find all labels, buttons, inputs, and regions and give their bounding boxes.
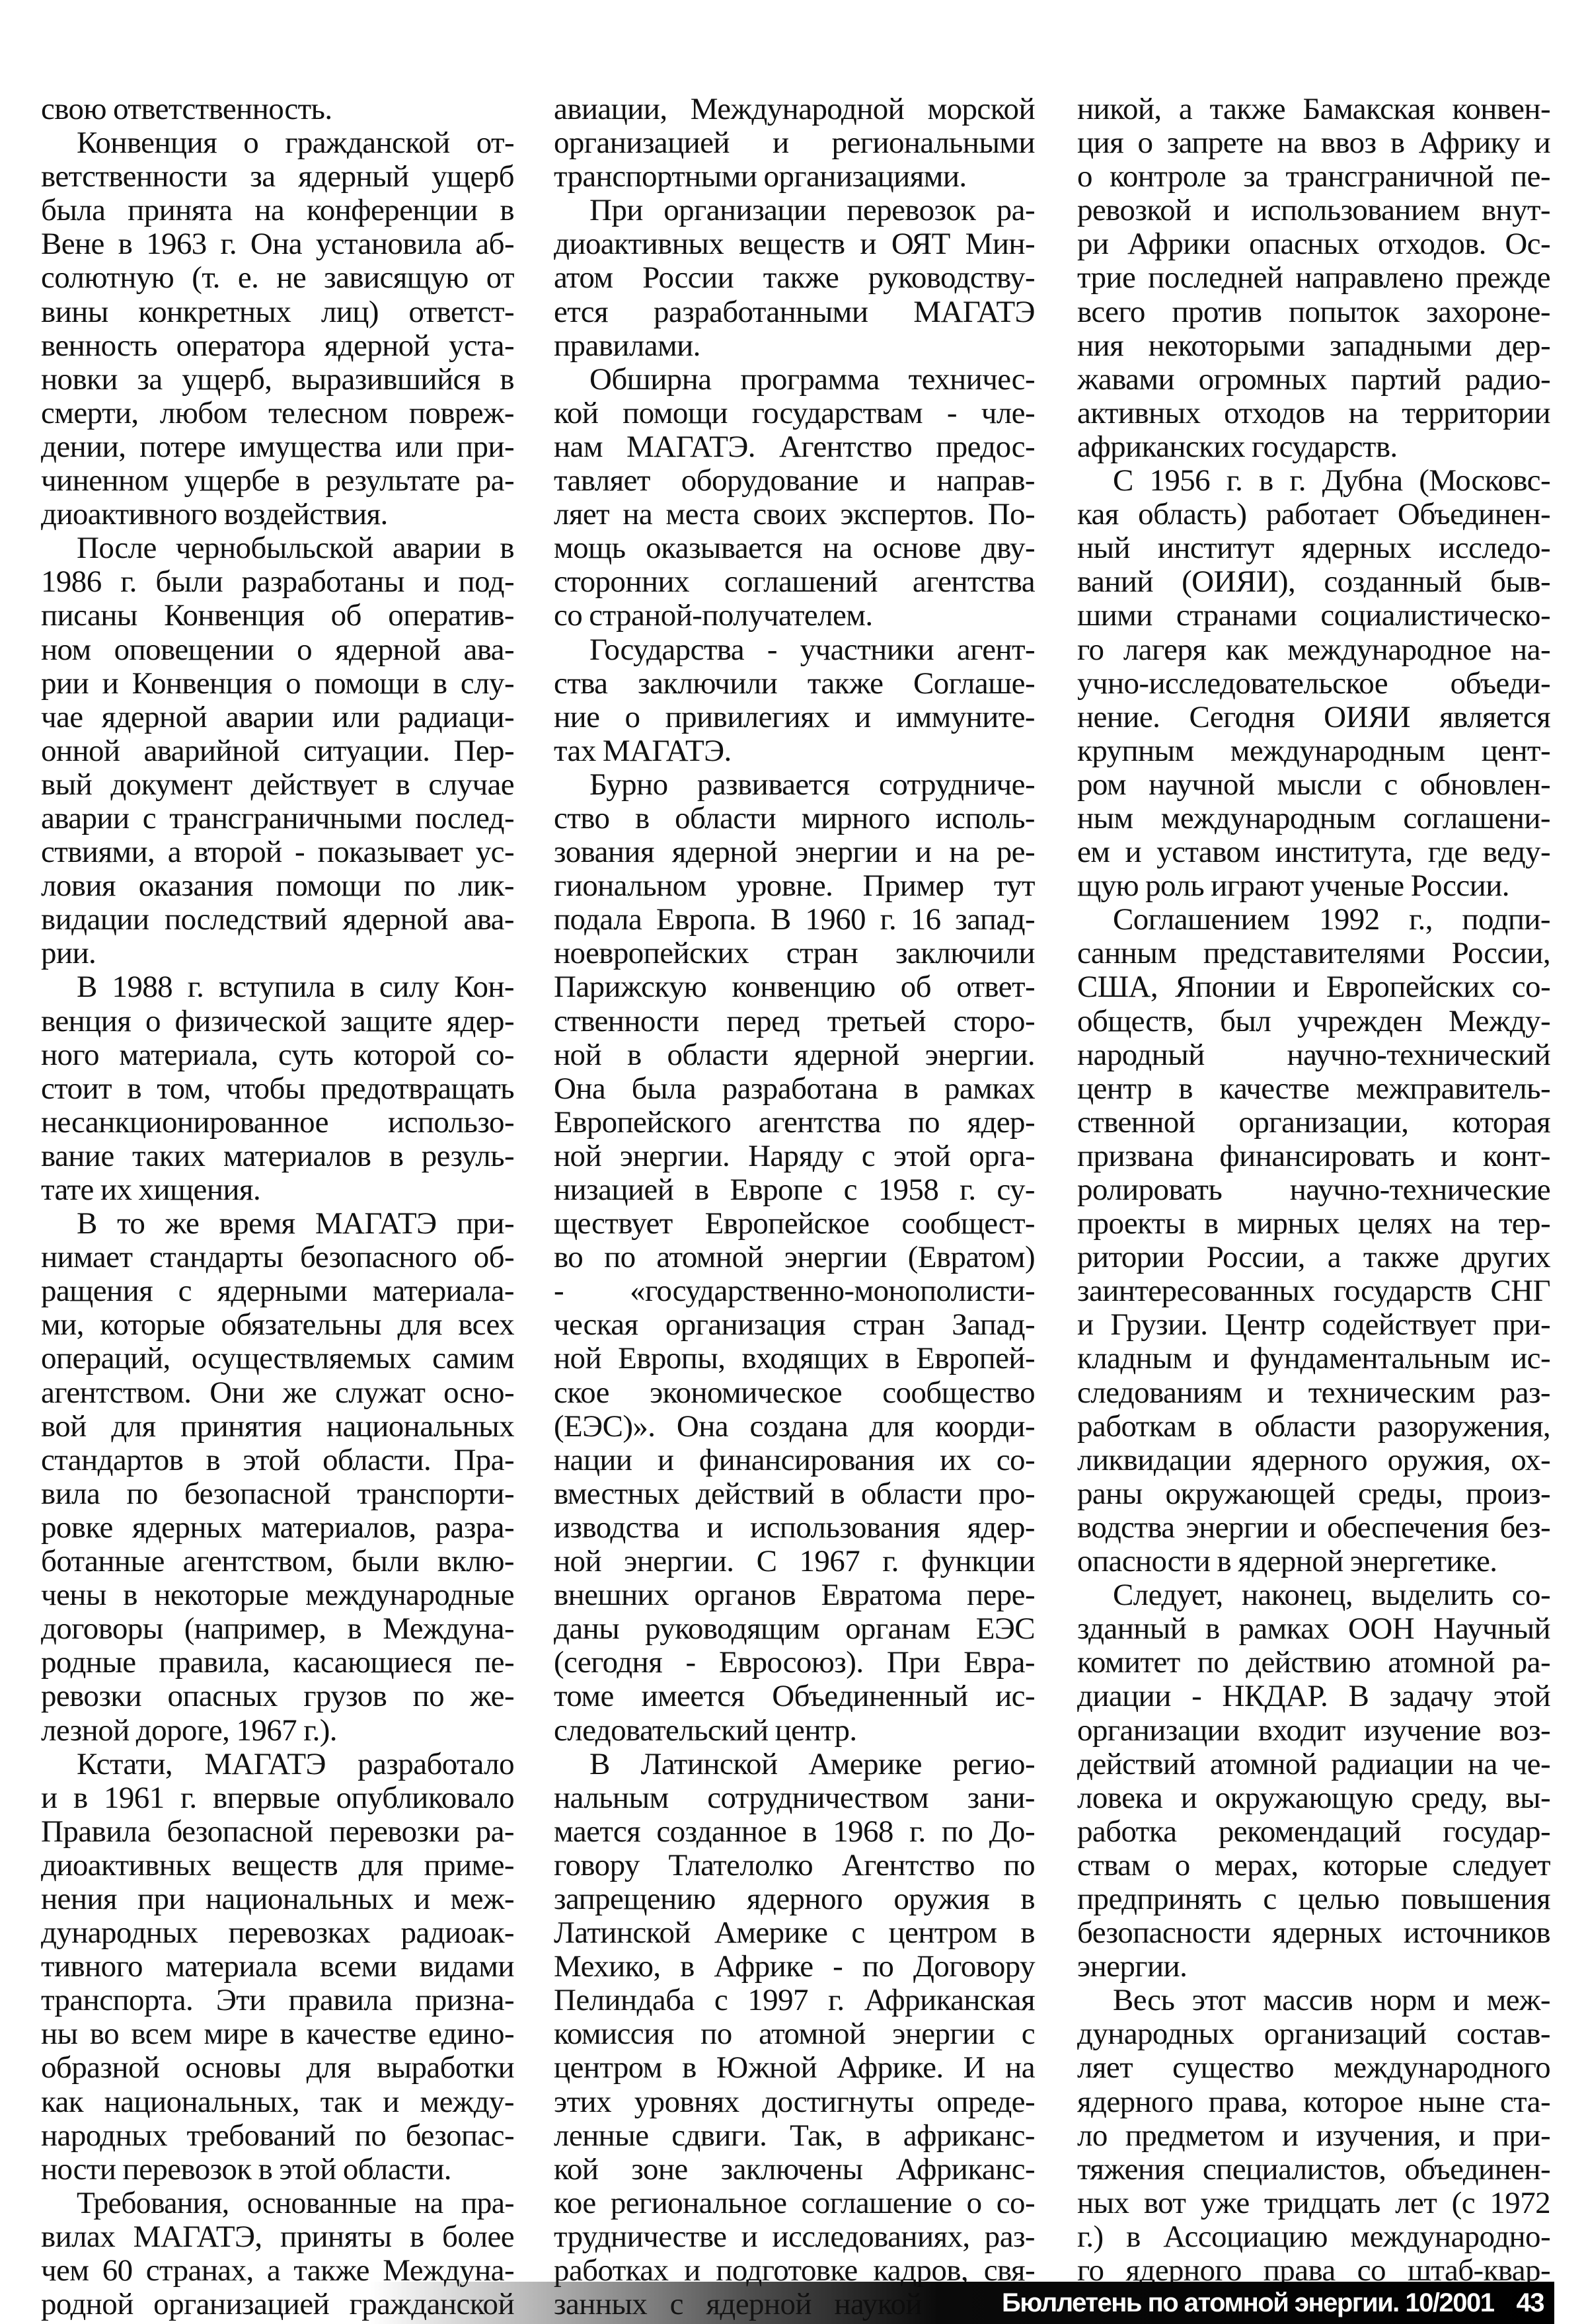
text-line: Правила безопасной перевозки ра- xyxy=(41,1815,514,1849)
text-line: всего против попыток захороне- xyxy=(1077,295,1550,329)
text-line: Парижскую конвенцию об ответ- xyxy=(554,970,1035,1004)
text-line: С 1956 г. в г. Дубна (Московс- xyxy=(1077,464,1550,498)
text-line: ной энергии. С 1967 г. функции xyxy=(554,1545,1035,1578)
text-line: правилами. xyxy=(554,329,1035,363)
text-line: дении, потере имущества или при- xyxy=(41,430,514,464)
text-line: тяжения специалистов, объединен- xyxy=(1077,2153,1550,2187)
text-line: жавами огромных партий радио- xyxy=(1077,363,1550,397)
text-column-3: никой, а также Бамакская конвен-ция о за… xyxy=(1077,93,1550,2321)
text-line: кладным и фундаментальным ис- xyxy=(1077,1342,1550,1375)
text-line: вила по безопасной транспорти- xyxy=(41,1477,514,1511)
text-line: как национальных, так и между- xyxy=(41,2085,514,2119)
text-line: новки за ущерб, выразившийся в xyxy=(41,363,514,397)
text-line: следованиям и техническим раз- xyxy=(1077,1376,1550,1410)
text-line: тивного материала всеми видами xyxy=(41,1950,514,1984)
text-line: ми, которые обязательны для всех xyxy=(41,1308,514,1342)
text-line: нения при национальных и меж- xyxy=(41,1882,514,1916)
text-line: ного материала, суть которой со- xyxy=(41,1038,514,1072)
text-line: комиссия по атомной энергии с xyxy=(554,2017,1035,2051)
text-line: ный институт ядерных исследо- xyxy=(1077,531,1550,565)
text-line: ноевропейских стран заключили xyxy=(554,937,1035,970)
text-line: щую роль играют ученые России. xyxy=(1077,869,1550,903)
text-line: ным международным соглашени- xyxy=(1077,802,1550,835)
text-line: ния некоторыми западными дер- xyxy=(1077,329,1550,363)
text-line: санным представителями России, xyxy=(1077,937,1550,970)
text-line: писаны Конвенция об оператив- xyxy=(41,599,514,633)
text-line: нам МАГАТЭ. Агентство предос- xyxy=(554,430,1035,464)
text-line: была принята на конференции в xyxy=(41,194,514,227)
text-line: диации - НКДАР. В задачу этой xyxy=(1077,1680,1550,1713)
text-line: раны окружающей среды, произ- xyxy=(1077,1477,1550,1511)
text-line: Весь этот массив норм и меж- xyxy=(1077,1984,1550,2017)
text-line: родные правила, касающиеся пе- xyxy=(41,1646,514,1680)
text-line: ликвидации ядерного оружия, ох- xyxy=(1077,1444,1550,1477)
text-column-1: свою ответственность.Конвенция о граждан… xyxy=(41,93,514,2321)
text-line: во по атомной энергии (Евратом) xyxy=(554,1241,1035,1274)
text-line: тах МАГАТЭ. xyxy=(554,734,1035,768)
text-line: работка рекомендаций государ- xyxy=(1077,1815,1550,1849)
text-line: смерти, любом телесном повреж- xyxy=(41,397,514,430)
text-line: ности перевозок в этой области. xyxy=(41,2153,514,2187)
text-line: ядерного права, которое ныне ста- xyxy=(1077,2085,1550,2119)
text-line: операций, осуществляемых самим xyxy=(41,1342,514,1375)
text-line: ское экономическое сообщество xyxy=(554,1376,1035,1410)
text-line: образной основы для выработки xyxy=(41,2051,514,2085)
text-line: нации и финансирования их со- xyxy=(554,1444,1035,1477)
text-line: ственности перед третьей сторо- xyxy=(554,1005,1035,1038)
text-line: вание таких материалов в резуль- xyxy=(41,1140,514,1173)
text-line: ляет на места своих экспертов. По- xyxy=(554,498,1035,531)
text-line: ном оповещении о ядерной ава- xyxy=(41,633,514,667)
text-line: водства энергии и обеспечения без- xyxy=(1077,1511,1550,1545)
text-line: комитет по действию атомной ра- xyxy=(1077,1646,1550,1680)
text-line: вый документ действует в случае xyxy=(41,768,514,802)
text-line: В 1988 г. вступила в силу Кон- xyxy=(41,970,514,1004)
text-line: Пелиндаба с 1997 г. Африканская xyxy=(554,1984,1035,2017)
text-line: ция о запрете на ввоз в Африку и xyxy=(1077,126,1550,160)
text-line: сторонних соглашений агентства xyxy=(554,565,1035,599)
text-line: дународных организаций состав- xyxy=(1077,2017,1550,2051)
text-line: ство в области мирного исполь- xyxy=(554,802,1035,835)
text-line: США, Японии и Европейских со- xyxy=(1077,970,1550,1004)
text-line: Кстати, МАГАТЭ разработало xyxy=(41,1748,514,1781)
text-line: о контроле за трансграничной пе- xyxy=(1077,160,1550,194)
text-line: зования ядерной энергии и на ре- xyxy=(554,835,1035,869)
text-line: диоактивных веществ и ОЯТ Мин- xyxy=(554,227,1035,261)
text-line: г.) в Ассоциацию международно- xyxy=(1077,2220,1550,2254)
text-line: томе имеется Объединенный ис- xyxy=(554,1680,1035,1713)
text-line: чае ядерной аварии или радиаци- xyxy=(41,701,514,734)
text-line: ветственности за ядерный ущерб xyxy=(41,160,514,194)
text-line: нальным сотрудничеством зани- xyxy=(554,1781,1035,1815)
text-line: атом России также руководству- xyxy=(554,261,1035,295)
text-line: ствам о мерах, которые следует xyxy=(1077,1849,1550,1882)
text-line: со страной-получателем. xyxy=(554,599,1035,633)
text-line: ленные сдвиги. Так, в африканс- xyxy=(554,2119,1035,2153)
text-line: лезной дороге, 1967 г.). xyxy=(41,1714,514,1748)
text-line: вместных действий в области про- xyxy=(554,1477,1035,1511)
text-line: заинтересованных государств СНГ xyxy=(1077,1274,1550,1308)
text-line: трудничестве и исследованиях, раз- xyxy=(554,2220,1035,2254)
text-line: нение. Сегодня ОИЯИ является xyxy=(1077,701,1550,734)
text-line: мается созданное в 1968 г. по До- xyxy=(554,1815,1035,1849)
text-line: После чернобыльской аварии в xyxy=(41,531,514,565)
text-line: даны руководящим органам ЕЭС xyxy=(554,1612,1035,1646)
text-line: солютную (т. е. не зависящую от xyxy=(41,261,514,295)
text-line: опасности в ядерной энергетике. xyxy=(1077,1545,1550,1578)
text-line: ства заключили также Соглаше- xyxy=(554,667,1035,701)
text-line: нимает стандарты безопасного об- xyxy=(41,1241,514,1274)
text-line: тате их хищения. xyxy=(41,1173,514,1207)
text-line: шими странами социалистическо- xyxy=(1077,599,1550,633)
text-line: работкам в области разоружения, xyxy=(1077,1410,1550,1444)
text-line: гиональном уровне. Пример тут xyxy=(554,869,1035,903)
text-line: мощь оказывается на основе дву- xyxy=(554,531,1035,565)
text-line: ловека и окружающую среду, вы- xyxy=(1077,1781,1550,1815)
text-line: транспортными организациями. xyxy=(554,160,1035,194)
text-line: ляет существо международного xyxy=(1077,2051,1550,2085)
text-line: Вене в 1963 г. Она установила аб- xyxy=(41,227,514,261)
text-line: го лагеря как международное на- xyxy=(1077,633,1550,667)
text-line: организации входит изучение воз- xyxy=(1077,1714,1550,1748)
text-line: учно-исследовательское объеди- xyxy=(1077,667,1550,701)
text-line: крупным международным цент- xyxy=(1077,734,1550,768)
text-line: рии и Конвенция о помощи в слу- xyxy=(41,667,514,701)
text-line: ритории России, а также других xyxy=(1077,1241,1550,1274)
text-line: ется разработанными МАГАТЭ xyxy=(554,295,1035,329)
text-line: рии. xyxy=(41,937,514,970)
text-line: безопасности ядерных источников xyxy=(1077,1916,1550,1950)
text-line: Конвенция о гражданской от- xyxy=(41,126,514,160)
text-line: ной энергии. Наряду с этой орга- xyxy=(554,1140,1035,1173)
text-line: ри Африки опасных отходов. Ос- xyxy=(1077,227,1550,261)
text-line: ло предметом и изучения, и при- xyxy=(1077,2119,1550,2153)
text-line: изводства и использования ядер- xyxy=(554,1511,1035,1545)
text-line: Обширна программа техничес- xyxy=(554,363,1035,397)
text-line: Соглашением 1992 г., подпи- xyxy=(1077,903,1550,937)
text-line: В то же время МАГАТЭ при- xyxy=(41,1207,514,1241)
text-line: Государства - участники агент- xyxy=(554,633,1035,667)
text-line: обществ, был учрежден Между- xyxy=(1077,1005,1550,1038)
text-line: ной Европы, входящих в Европей- xyxy=(554,1342,1035,1375)
text-line: Она была разработана в рамках xyxy=(554,1072,1035,1106)
text-line: вины конкретных лиц) ответст- xyxy=(41,295,514,329)
text-line: африканских государств. xyxy=(1077,430,1550,464)
text-line: диоактивных веществ для приме- xyxy=(41,1849,514,1882)
text-line: ны во всем мире в качестве едино- xyxy=(41,2017,514,2051)
text-line: центр в качестве межправитель- xyxy=(1077,1072,1550,1106)
text-line: ем и уставом института, где веду- xyxy=(1077,835,1550,869)
text-line: чиненном ущербе в результате ра- xyxy=(41,464,514,498)
text-line: авиации, Международной морской xyxy=(554,93,1035,126)
text-line: подала Европа. В 1960 г. 16 запад- xyxy=(554,903,1035,937)
text-line: Мехико, в Африке - по Договору xyxy=(554,1950,1035,1984)
text-line: видации последствий ядерной ава- xyxy=(41,903,514,937)
text-line: организацией и региональными xyxy=(554,126,1035,160)
text-line: стандартов в этой области. Пра- xyxy=(41,1444,514,1477)
text-line: кой зоне заключены Африканс- xyxy=(554,2153,1035,2187)
text-line: ществует Европейское сообщест- xyxy=(554,1207,1035,1241)
text-line: чены в некоторые международные xyxy=(41,1578,514,1612)
text-line: ращения с ядерными материала- xyxy=(41,1274,514,1308)
text-line: дународных перевозках радиоак- xyxy=(41,1916,514,1950)
text-line: венность оператора ядерной уста- xyxy=(41,329,514,363)
text-line: договоры (например, в Междуна- xyxy=(41,1612,514,1646)
text-line: вилах МАГАТЭ, приняты в более xyxy=(41,2220,514,2254)
text-line: транспорта. Эти правила призна- xyxy=(41,1984,514,2017)
text-line: агентством. Они же служат осно- xyxy=(41,1376,514,1410)
text-line: ствиями, а второй - показывает ус- xyxy=(41,835,514,869)
text-line: ственной организации, которая xyxy=(1077,1106,1550,1140)
text-line: ловия оказания помощи по лик- xyxy=(41,869,514,903)
text-line: ролировать научно-технические xyxy=(1077,1173,1550,1207)
text-line: ческая организация стран Запад- xyxy=(554,1308,1035,1342)
text-line: зданный в рамках ООН Научный xyxy=(1077,1612,1550,1646)
magazine-page: свою ответственность.Конвенция о граждан… xyxy=(0,0,1586,2324)
text-line: Бурно развивается сотрудниче- xyxy=(554,768,1035,802)
text-line: призвана финансировать и конт- xyxy=(1077,1140,1550,1173)
text-line: вой для принятия национальных xyxy=(41,1410,514,1444)
text-line: запрещению ядерного оружия в xyxy=(554,1882,1035,1916)
text-line: свою ответственность. xyxy=(41,93,514,126)
text-line: ревозкой и использованием внут- xyxy=(1077,194,1550,227)
text-line: стоит в том, чтобы предотвращать xyxy=(41,1072,514,1106)
text-line: ние о привилегиях и иммуните- xyxy=(554,701,1035,734)
text-line: В Латинской Америке регио- xyxy=(554,1748,1035,1781)
text-line: трие последней направлено прежде xyxy=(1077,261,1550,295)
text-line: ровке ядерных материалов, разра- xyxy=(41,1511,514,1545)
text-line: ной в области ядерной энергии. xyxy=(554,1038,1035,1072)
text-line: ных вот уже тридцать лет (с 1972 xyxy=(1077,2187,1550,2220)
text-line: центром в Южной Африке. И на xyxy=(554,2051,1035,2085)
page-number: 43 xyxy=(1517,2288,1544,2317)
text-line: ботанные агентством, были вклю- xyxy=(41,1545,514,1578)
text-line: народных требований по безопас- xyxy=(41,2119,514,2153)
text-line: говору Тлателолко Агентство по xyxy=(554,1849,1035,1882)
text-line: (ЕЭС)». Она создана для коорди- xyxy=(554,1410,1035,1444)
text-line: этих уровнях достигнуты опреде- xyxy=(554,2085,1035,2119)
text-line: Следует, наконец, выделить со- xyxy=(1077,1578,1550,1612)
text-line: никой, а также Бамакская конвен- xyxy=(1077,93,1550,126)
text-line: проекты в мирных целях на тер- xyxy=(1077,1207,1550,1241)
text-column-2: авиации, Международной морскойорганизаци… xyxy=(554,93,1035,2321)
text-line: ревозки опасных грузов по же- xyxy=(41,1680,514,1713)
text-line: Европейского агентства по ядер- xyxy=(554,1106,1035,1140)
text-line: внешних органов Евратома пере- xyxy=(554,1578,1035,1612)
text-line: тавляет оборудование и направ- xyxy=(554,464,1035,498)
text-line: онной аварийной ситуации. Пер- xyxy=(41,734,514,768)
text-line: кой помощи государствам - чле- xyxy=(554,397,1035,430)
journal-title-issue: Бюллетень по атомной энергии. 10/2001 xyxy=(1002,2288,1494,2317)
text-line: При организации перевозок ра- xyxy=(554,194,1035,227)
text-line: аварии с трансграничными послед- xyxy=(41,802,514,835)
text-line: народный научно-технический xyxy=(1077,1038,1550,1072)
text-line: Требования, основанные на пра- xyxy=(41,2187,514,2220)
text-line: и Грузии. Центр содействует при- xyxy=(1077,1308,1550,1342)
text-line: энергии. xyxy=(1077,1950,1550,1984)
text-line: несанкционированное использо- xyxy=(41,1106,514,1140)
text-line: низацией в Европе с 1958 г. су- xyxy=(554,1173,1035,1207)
text-line: диоактивного воздействия. xyxy=(41,498,514,531)
text-line: кая область) работает Объединен- xyxy=(1077,498,1550,531)
text-line: действий атомной радиации на че- xyxy=(1077,1748,1550,1781)
text-line: кое региональное соглашение о со- xyxy=(554,2187,1035,2220)
text-line: венция о физической защите ядер- xyxy=(41,1005,514,1038)
text-line: (сегодня - Евросоюз). При Евра- xyxy=(554,1646,1035,1680)
text-line: активных отходов на территории xyxy=(1077,397,1550,430)
text-line: следовательский центр. xyxy=(554,1714,1035,1748)
text-line: - «государственно-монополисти- xyxy=(554,1274,1035,1308)
running-footer: Бюллетень по атомной энергии. 10/200143 xyxy=(1002,2282,1544,2324)
text-line: ваний (ОИЯИ), созданный быв- xyxy=(1077,565,1550,599)
text-line: и в 1961 г. впервые опубликовало xyxy=(41,1781,514,1815)
text-line: ром научной мысли с обновлен- xyxy=(1077,768,1550,802)
text-line: 1986 г. были разработаны и под- xyxy=(41,565,514,599)
text-line: Латинской Америке с центром в xyxy=(554,1916,1035,1950)
text-line: предпринять с целью повышения xyxy=(1077,1882,1550,1916)
